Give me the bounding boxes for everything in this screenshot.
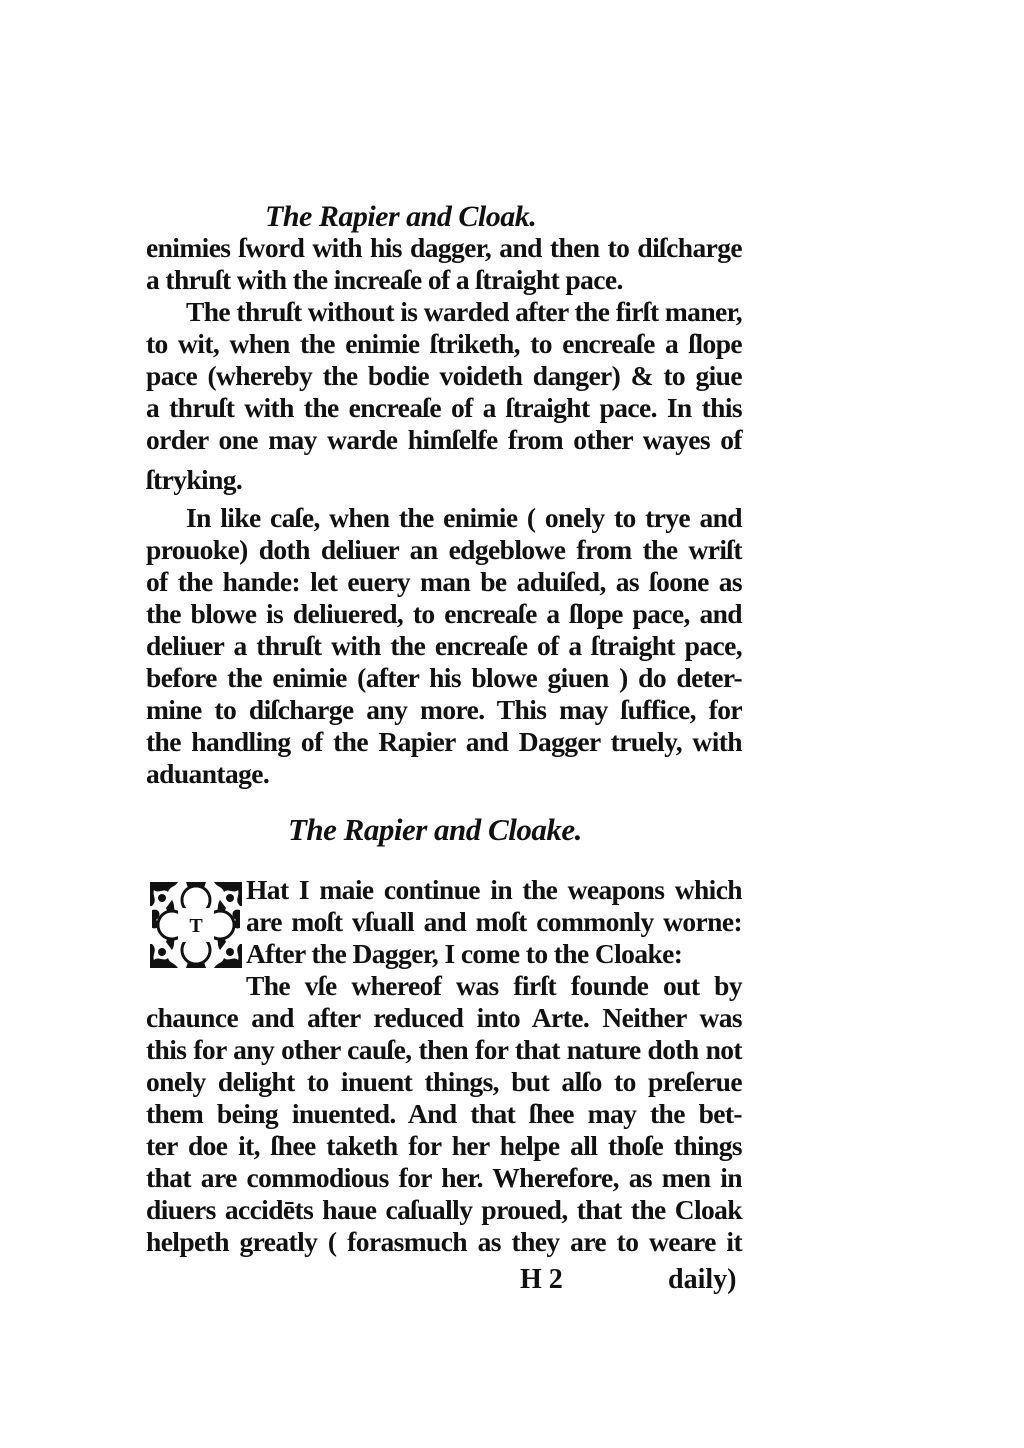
book-page: The Rapier and Cloak. enimies ſword with… [0, 0, 1024, 1448]
text-line: mine to diſcharge any more. This may ſuf… [146, 694, 742, 726]
catchword: daily) [668, 1264, 736, 1296]
text-line: the blowe is deliuered, to encreaſe a ſl… [146, 598, 742, 630]
text-line: ſtryking. [146, 464, 742, 496]
text-line: onely delight to inuent things, but alſo… [146, 1066, 742, 1098]
running-head: The Rapier and Cloak. [265, 200, 536, 234]
text-line: prouoke) doth deliuer an edgeblowe from … [146, 534, 742, 566]
text-line: the handling of the Rapier and Dagger tr… [146, 726, 742, 758]
text-line: that are commodious for her. Wherefore, … [146, 1162, 742, 1194]
text-line: helpeth greatly ( forasmuch as they are … [146, 1226, 742, 1258]
text-line: a thruſt with the increaſe of a ſtraight… [146, 264, 742, 296]
text-line: The vſe whereof was firſt founde out by [246, 970, 742, 1002]
text-line: Hat I maie continue in the weapons which [246, 874, 742, 906]
text-line: After the Dagger, I come to the Cloake: [246, 938, 742, 970]
ornamental-drop-cap: T [148, 880, 244, 970]
text-line: to wit, when the enimie ſtriketh, to enc… [146, 328, 742, 360]
floral-ornament-icon: T [148, 880, 244, 970]
text-line: of the hande: let euery man be aduiſed, … [146, 566, 742, 598]
text-line: pace (whereby the bodie voideth danger) … [146, 360, 742, 392]
text-line: The thruſt without is warded after the f… [186, 296, 742, 328]
signature-mark: H 2 [520, 1264, 563, 1296]
text-line: In like caſe, when the enimie ( onely to… [186, 502, 742, 534]
text-line: a thruſt with the encreaſe of a ſtraight… [146, 392, 742, 424]
text-line: diuers accidēts haue caſually proued, th… [146, 1194, 742, 1226]
text-line: chaunce and after reduced into Arte. Nei… [146, 1002, 742, 1034]
text-line: enimies ſword with his dagger, and then … [146, 232, 742, 264]
text-line: deliuer a thruſt with the encreaſe of a … [146, 630, 742, 662]
text-line: them being inuented. And that ſhee may t… [146, 1098, 742, 1130]
text-line: are moſt vſuall and moſt commonly worne: [246, 906, 742, 938]
section-title: The Rapier and Cloake. [288, 812, 582, 848]
text-line: order one may warde himſelfe from other … [146, 424, 742, 456]
text-line: aduantage. [146, 758, 742, 790]
text-line: ter doe it, ſhee taketh for her helpe al… [146, 1130, 742, 1162]
text-line: before the enimie (after his blowe giuen… [146, 662, 742, 694]
text-line: this for any other cauſe, then for that … [146, 1034, 742, 1066]
svg-text:T: T [189, 915, 203, 937]
